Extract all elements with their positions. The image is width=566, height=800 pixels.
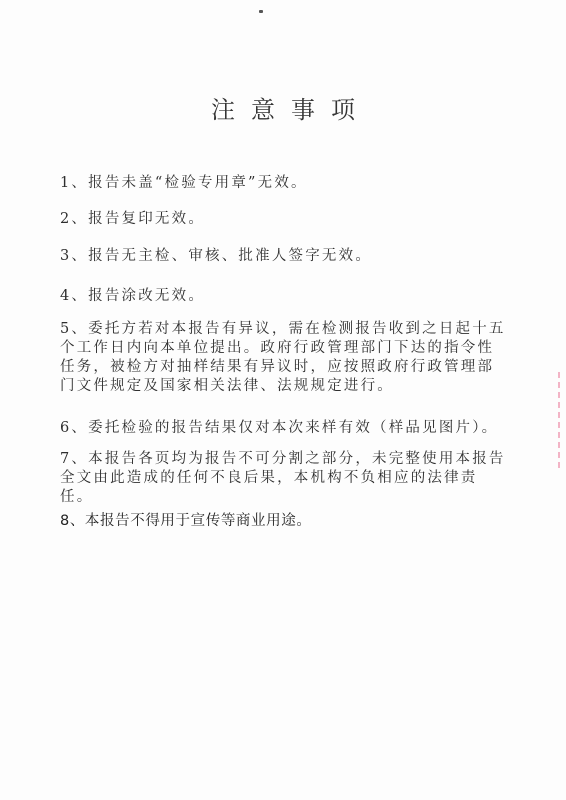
notice-item-1: 1、报告未盖“检验专用章”无效。	[60, 172, 510, 194]
page-title: 注意事项	[0, 90, 566, 125]
document-page: 注意事项 1、报告未盖“检验专用章”无效。 2、报告复印无效。 3、报告无主检、…	[0, 0, 566, 800]
notice-item-7: 7、本报告各页均为报告不可分割之部分，未完整使用本报告全文由此造成的任何不良后果…	[60, 450, 510, 507]
notice-item-2: 2、报告复印无效。	[60, 208, 510, 230]
seal-stamp-edge	[558, 372, 566, 468]
scan-speck	[259, 10, 263, 13]
notice-item-6: 6、委托检验的报告结果仅对本次来样有效（样品见图片）。	[60, 417, 510, 439]
notice-item-4: 4、报告涂改无效。	[60, 285, 510, 307]
notice-item-8: 8、本报告不得用于宣传等商业用途。	[60, 510, 510, 532]
notice-item-3: 3、报告无主检、审核、批准人签字无效。	[60, 245, 510, 267]
notice-item-5: 5、委托方若对本报告有异议，需在检测报告收到之日起十五个工作日内向本单位提出。政…	[60, 320, 510, 396]
